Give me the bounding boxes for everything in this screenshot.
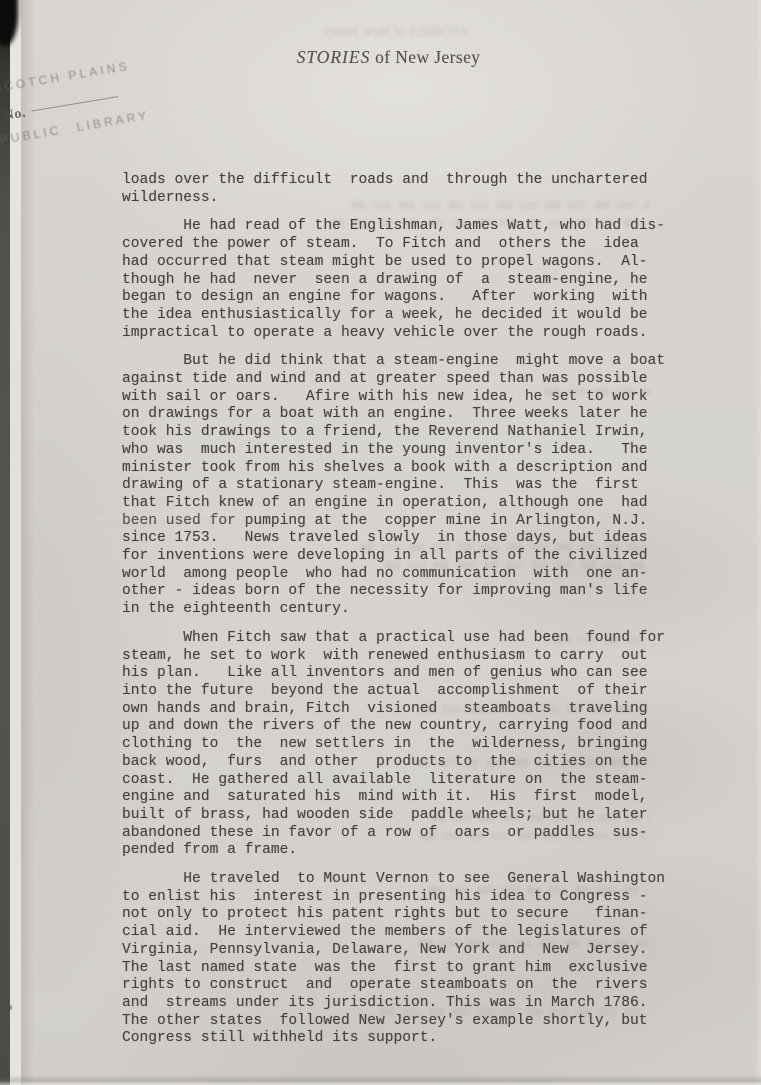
- paper-edge-highlight: [10, 0, 21, 1085]
- page-title-series: STORIES: [297, 47, 371, 67]
- page-title: STORIES of New Jersey: [297, 47, 481, 67]
- paragraph: When Fitch saw that a practical use had …: [122, 630, 732, 860]
- bleedthrough-title: STORIES of New Jersey: [278, 24, 513, 41]
- bleedthrough-smudge: [428, 886, 648, 894]
- right-page-edge: [755, 0, 761, 1085]
- bleedthrough-smudge: [418, 939, 648, 947]
- edge-shadow: [21, 0, 35, 1085]
- stamp-number-label: No.: [3, 106, 27, 124]
- bleedthrough-smudge: [420, 832, 648, 840]
- paragraph: He traveled to Mount Vernon to see Gener…: [122, 871, 732, 1048]
- page-title-subject: of New Jersey: [370, 47, 480, 67]
- stamp-number-line: [31, 96, 118, 112]
- bleedthrough-smudge: [555, 636, 650, 644]
- book-spine-edge: [0, 0, 10, 1085]
- bottom-page-edge: [0, 1075, 761, 1085]
- bleedthrough-smudge: [350, 201, 650, 209]
- bleedthrough-smudge: [385, 561, 647, 569]
- ink-speck: [8, 1005, 12, 1010]
- bleedthrough-smudge: [330, 219, 645, 227]
- bleedthrough-smudge: [360, 543, 645, 551]
- bleedthrough-smudge: [415, 759, 647, 767]
- bleedthrough-smudge: [545, 388, 650, 396]
- scanned-document-page: STORIES of New Jersey STORIES of New Jer…: [0, 0, 761, 1085]
- bleedthrough-smudge: [380, 1008, 645, 1016]
- body-text: loads over the difficult roads and throu…: [122, 172, 732, 1059]
- bleedthrough-smudge: [430, 814, 650, 822]
- paragraph: He had read of the Englishman, James Wat…: [122, 218, 732, 342]
- bleedthrough-smudge: [420, 705, 648, 713]
